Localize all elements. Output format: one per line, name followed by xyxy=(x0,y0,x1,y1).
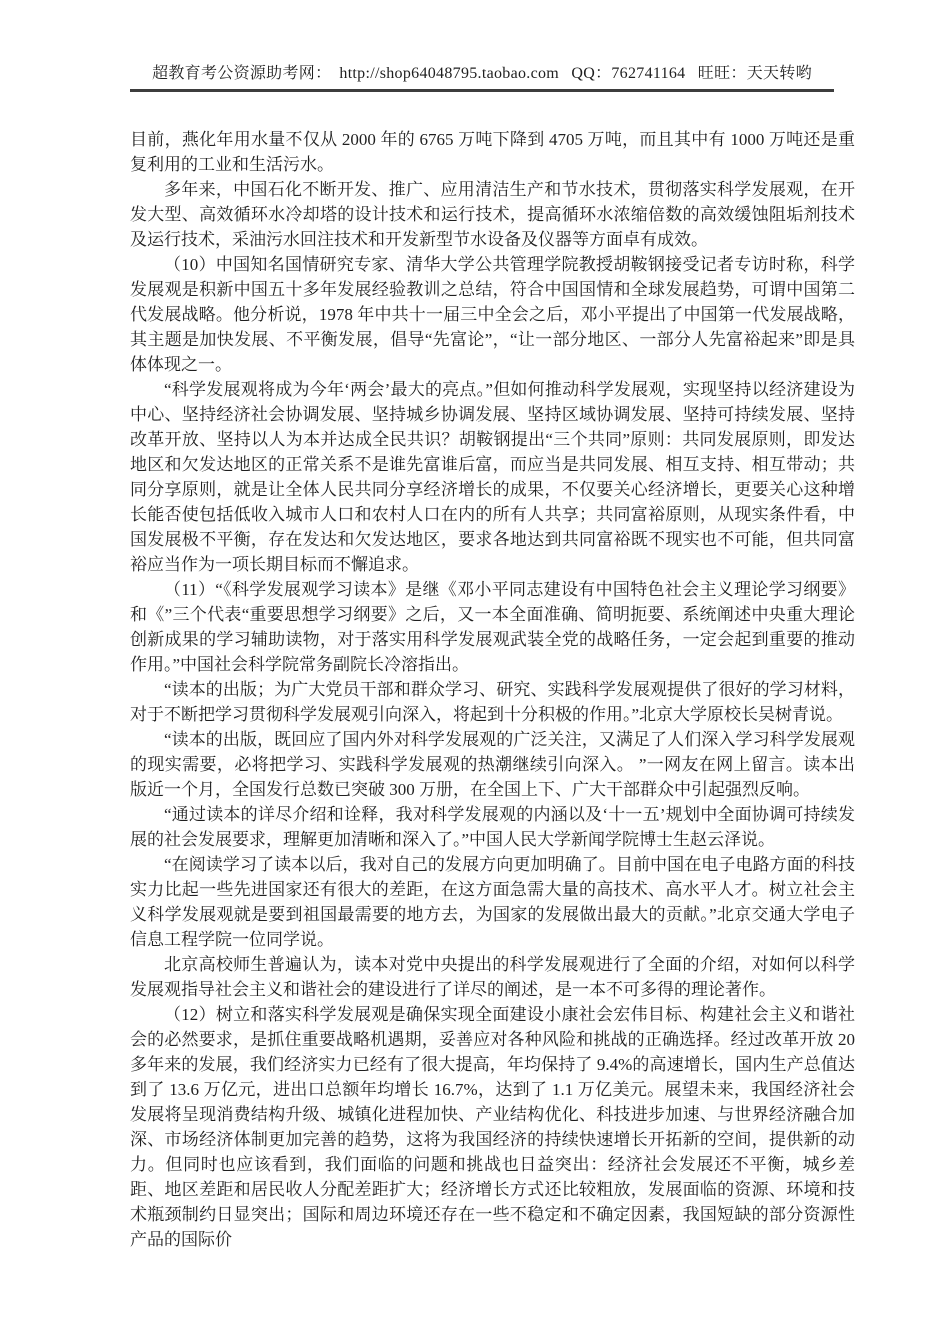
paragraph: “读本的出版，既回应了国内外对科学发展观的广泛关注，又满足了人们深入学习科学发展… xyxy=(130,727,855,802)
paragraph-item-11: （11）“《科学发展观学习读本》是继《邓小平同志建设有中国特色社会主义理论学习纲… xyxy=(130,577,855,677)
paragraph-item-10: （10）中国知名国情研究专家、清华大学公共管理学院教授胡鞍钢接受记者专访时称，科… xyxy=(130,252,855,377)
header-qq: QQ：762741164 xyxy=(571,65,685,82)
paragraph-item-12: （12）树立和落实科学发展观是确保实现全面建设小康社会宏伟目标、构建社会主义和谐… xyxy=(130,1002,855,1252)
paragraph: “科学发展观将成为今年‘两会’最大的亮点。”但如何推动科学发展观，实现坚持以经济… xyxy=(130,377,855,577)
document-page: 超教育考公资源助考网：http://shop64048795.taobao.co… xyxy=(0,0,950,1344)
page-header: 超教育考公资源助考网：http://shop64048795.taobao.co… xyxy=(130,60,834,92)
document-body: 目前，燕化年用水量不仅从 2000 年的 6765 万吨下降到 4705 万吨，… xyxy=(130,127,855,1252)
header-wangwang: 旺旺：天天转哟 xyxy=(698,65,812,82)
paragraph: 多年来，中国石化不断开发、推广、应用清洁生产和节水技术，贯彻落实科学发展观，在开… xyxy=(130,177,855,252)
paragraph-continuation: 目前，燕化年用水量不仅从 2000 年的 6765 万吨下降到 4705 万吨，… xyxy=(130,127,855,177)
paragraph: “通过读本的详尽介绍和诠释，我对科学发展观的内涵以及‘十一五’规划中全面协调可持… xyxy=(130,802,855,852)
paragraph: “在阅读学习了读本以后，我对自己的发展方向更加明确了。目前中国在电子电路方面的科… xyxy=(130,852,855,952)
paragraph: “读本的出版；为广大党员干部和群众学习、研究、实践科学发展观提供了很好的学习材料… xyxy=(130,677,855,727)
paragraph: 北京高校师生普遍认为，读本对党中央提出的科学发展观进行了全面的介绍，对如何以科学… xyxy=(130,952,855,1002)
header-site-label: 超教育考公资源助考网： xyxy=(152,65,331,82)
header-url: http://shop64048795.taobao.com xyxy=(339,65,559,82)
